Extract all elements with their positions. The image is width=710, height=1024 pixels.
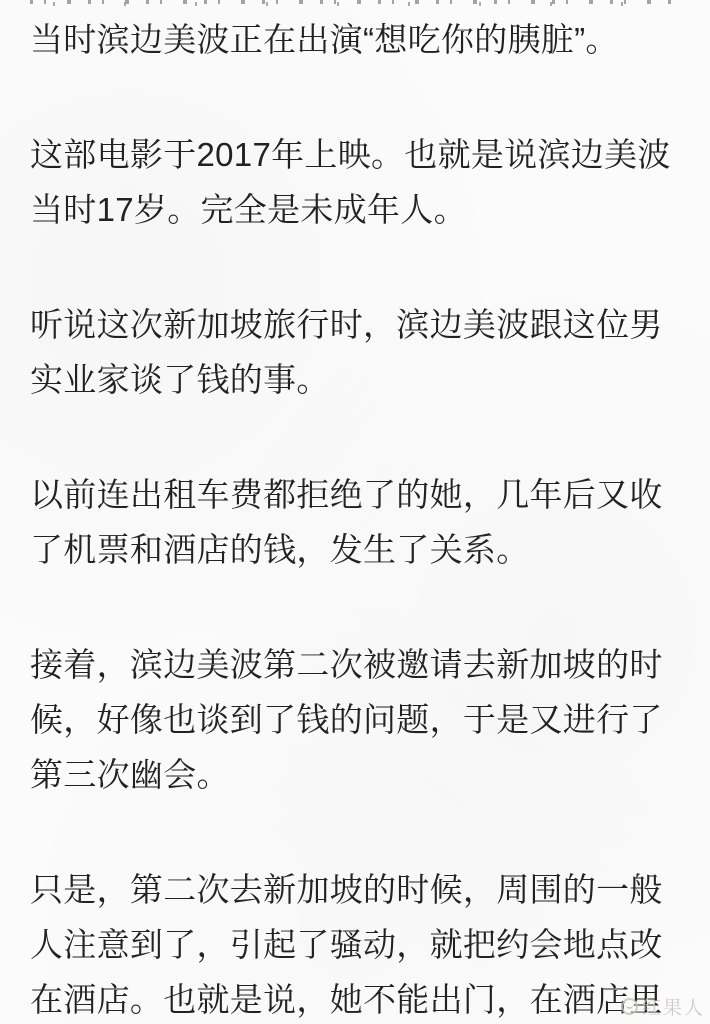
paragraph-5: 接着，滨边美波第二次被邀请去新加坡的时候，好像也谈到了钱的问题，于是又进行了第三… [30, 637, 682, 802]
paragraph-4: 以前连出租车费都拒绝了的她，几年后又收了机票和酒店的钱，发生了关系。 [30, 467, 682, 577]
paragraph-2: 这部电影于2017年上映。也就是说滨边美波当时17岁。完全是未成年人。 [30, 127, 682, 237]
paragraph-6: 只是，第二次去新加坡的时候，周围的一般人注意到了，引起了骚动，就把约会地点改在酒… [30, 862, 682, 1024]
article-body: 当时滨边美波正在出演“想吃你的胰脏”。 这部电影于2017年上映。也就是说滨边美… [30, 12, 682, 1024]
cropped-previous-line-fragments [30, 0, 672, 6]
paragraph-1: 当时滨边美波正在出演“想吃你的胰脏”。 [30, 12, 682, 67]
paragraph-3: 听说这次新加坡旅行时，滨边美波跟这位男实业家谈了钱的事。 [30, 297, 682, 407]
